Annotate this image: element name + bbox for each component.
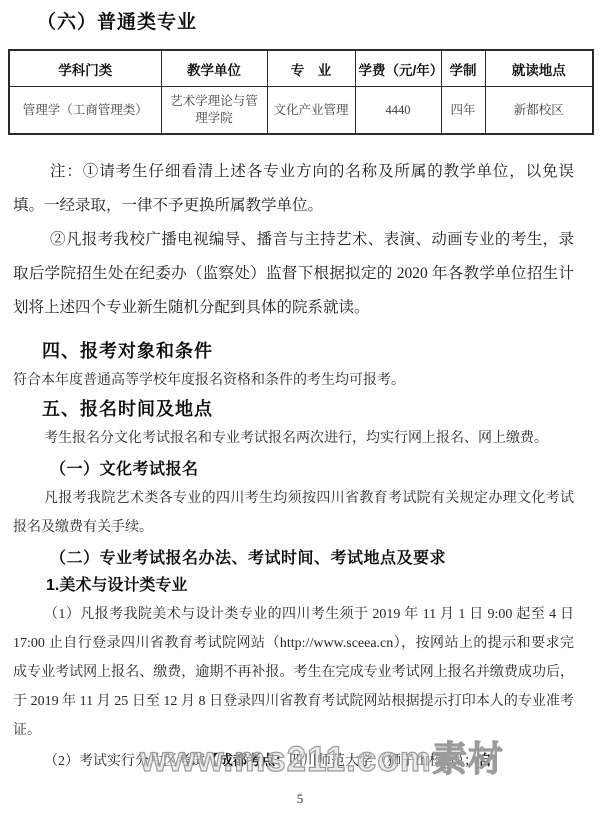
exam-site-chengdu-label: 成都考点：: [219, 754, 289, 769]
majors-table: 学科门类 教学单位 专 业 学费（元/年） 学制 就读地点 管理学（工商管理类）…: [8, 49, 594, 135]
section-5-heading: 五、报名时间及地点: [42, 397, 600, 422]
header-subject-category: 学科门类: [9, 50, 161, 87]
cell-campus-location: 新都校区: [485, 87, 593, 135]
page-title: （六）普通类专业: [37, 10, 600, 36]
section-4-body: 符合本年度普通高等学校年度报名资格和条件的考生均可报考。: [13, 366, 574, 395]
page-number: 5: [0, 791, 600, 807]
paragraph-registration-details: （1）凡报考我院美术与设计类专业的四川考生须于 2019 年 11 月 1 日 …: [13, 600, 574, 745]
paragraph-exam-sites: （2）考试实行分片区考试【成都考点：四川师范大学（狮子山校区）；自: [13, 747, 574, 776]
table-row: 管理学（工商管理类） 艺术学理论与管理学院 文化产业管理 4440 四年 新都校…: [9, 87, 593, 135]
subsection-culture-exam-heading: （一）文化考试报名: [50, 457, 600, 482]
section-5-intro: 考生报名分文化考试报名和专业考试报名两次进行，均实行网上报名、网上缴费。: [13, 424, 574, 453]
table-header-row: 学科门类 教学单位 专 业 学费（元/年） 学制 就读地点: [9, 50, 593, 87]
note-2: ②凡报考我校广播电视编导、播音与主持艺术、表演、动画专业的考生，录取后学院招生处…: [13, 223, 574, 325]
cell-teaching-unit: 艺术学理论与管理学院: [161, 87, 267, 135]
header-tuition: 学费（元/年）: [355, 50, 441, 87]
header-campus-location: 就读地点: [485, 50, 593, 87]
header-major: 专 业: [267, 50, 355, 87]
subsection-culture-exam-body: 凡报考我院艺术类各专业的四川考生均须按四川省教育考试院有关规定办理文化考试报名及…: [13, 484, 574, 542]
subsection-major-exam-heading: （二）专业考试报名办法、考试时间、考试地点及要求: [50, 546, 600, 571]
header-duration: 学制: [441, 50, 485, 87]
cell-subject-category: 管理学（工商管理类）: [9, 87, 161, 135]
item-art-design-heading: 1.美术与设计类专业: [46, 573, 600, 598]
section-4-heading: 四、报考对象和条件: [42, 339, 600, 364]
cell-duration: 四年: [441, 87, 485, 135]
exam-sites-prefix: （2）考试实行分片区考试【: [44, 754, 219, 769]
cell-tuition: 4440: [355, 87, 441, 135]
exam-site-chengdu-value: 四川师范大学（狮子山校区）；: [289, 754, 478, 769]
cell-major: 文化产业管理: [267, 87, 355, 135]
header-teaching-unit: 教学单位: [161, 50, 267, 87]
exam-sites-suffix: 自: [478, 754, 492, 769]
note-1: 注：①请考生仔细看清上述各专业方向的名称及所属的教学单位，以免误填。一经录取，一…: [13, 155, 574, 223]
document-page: （六）普通类专业 学科门类 教学单位 专 业 学费（元/年） 学制 就读地点 管…: [0, 0, 600, 820]
